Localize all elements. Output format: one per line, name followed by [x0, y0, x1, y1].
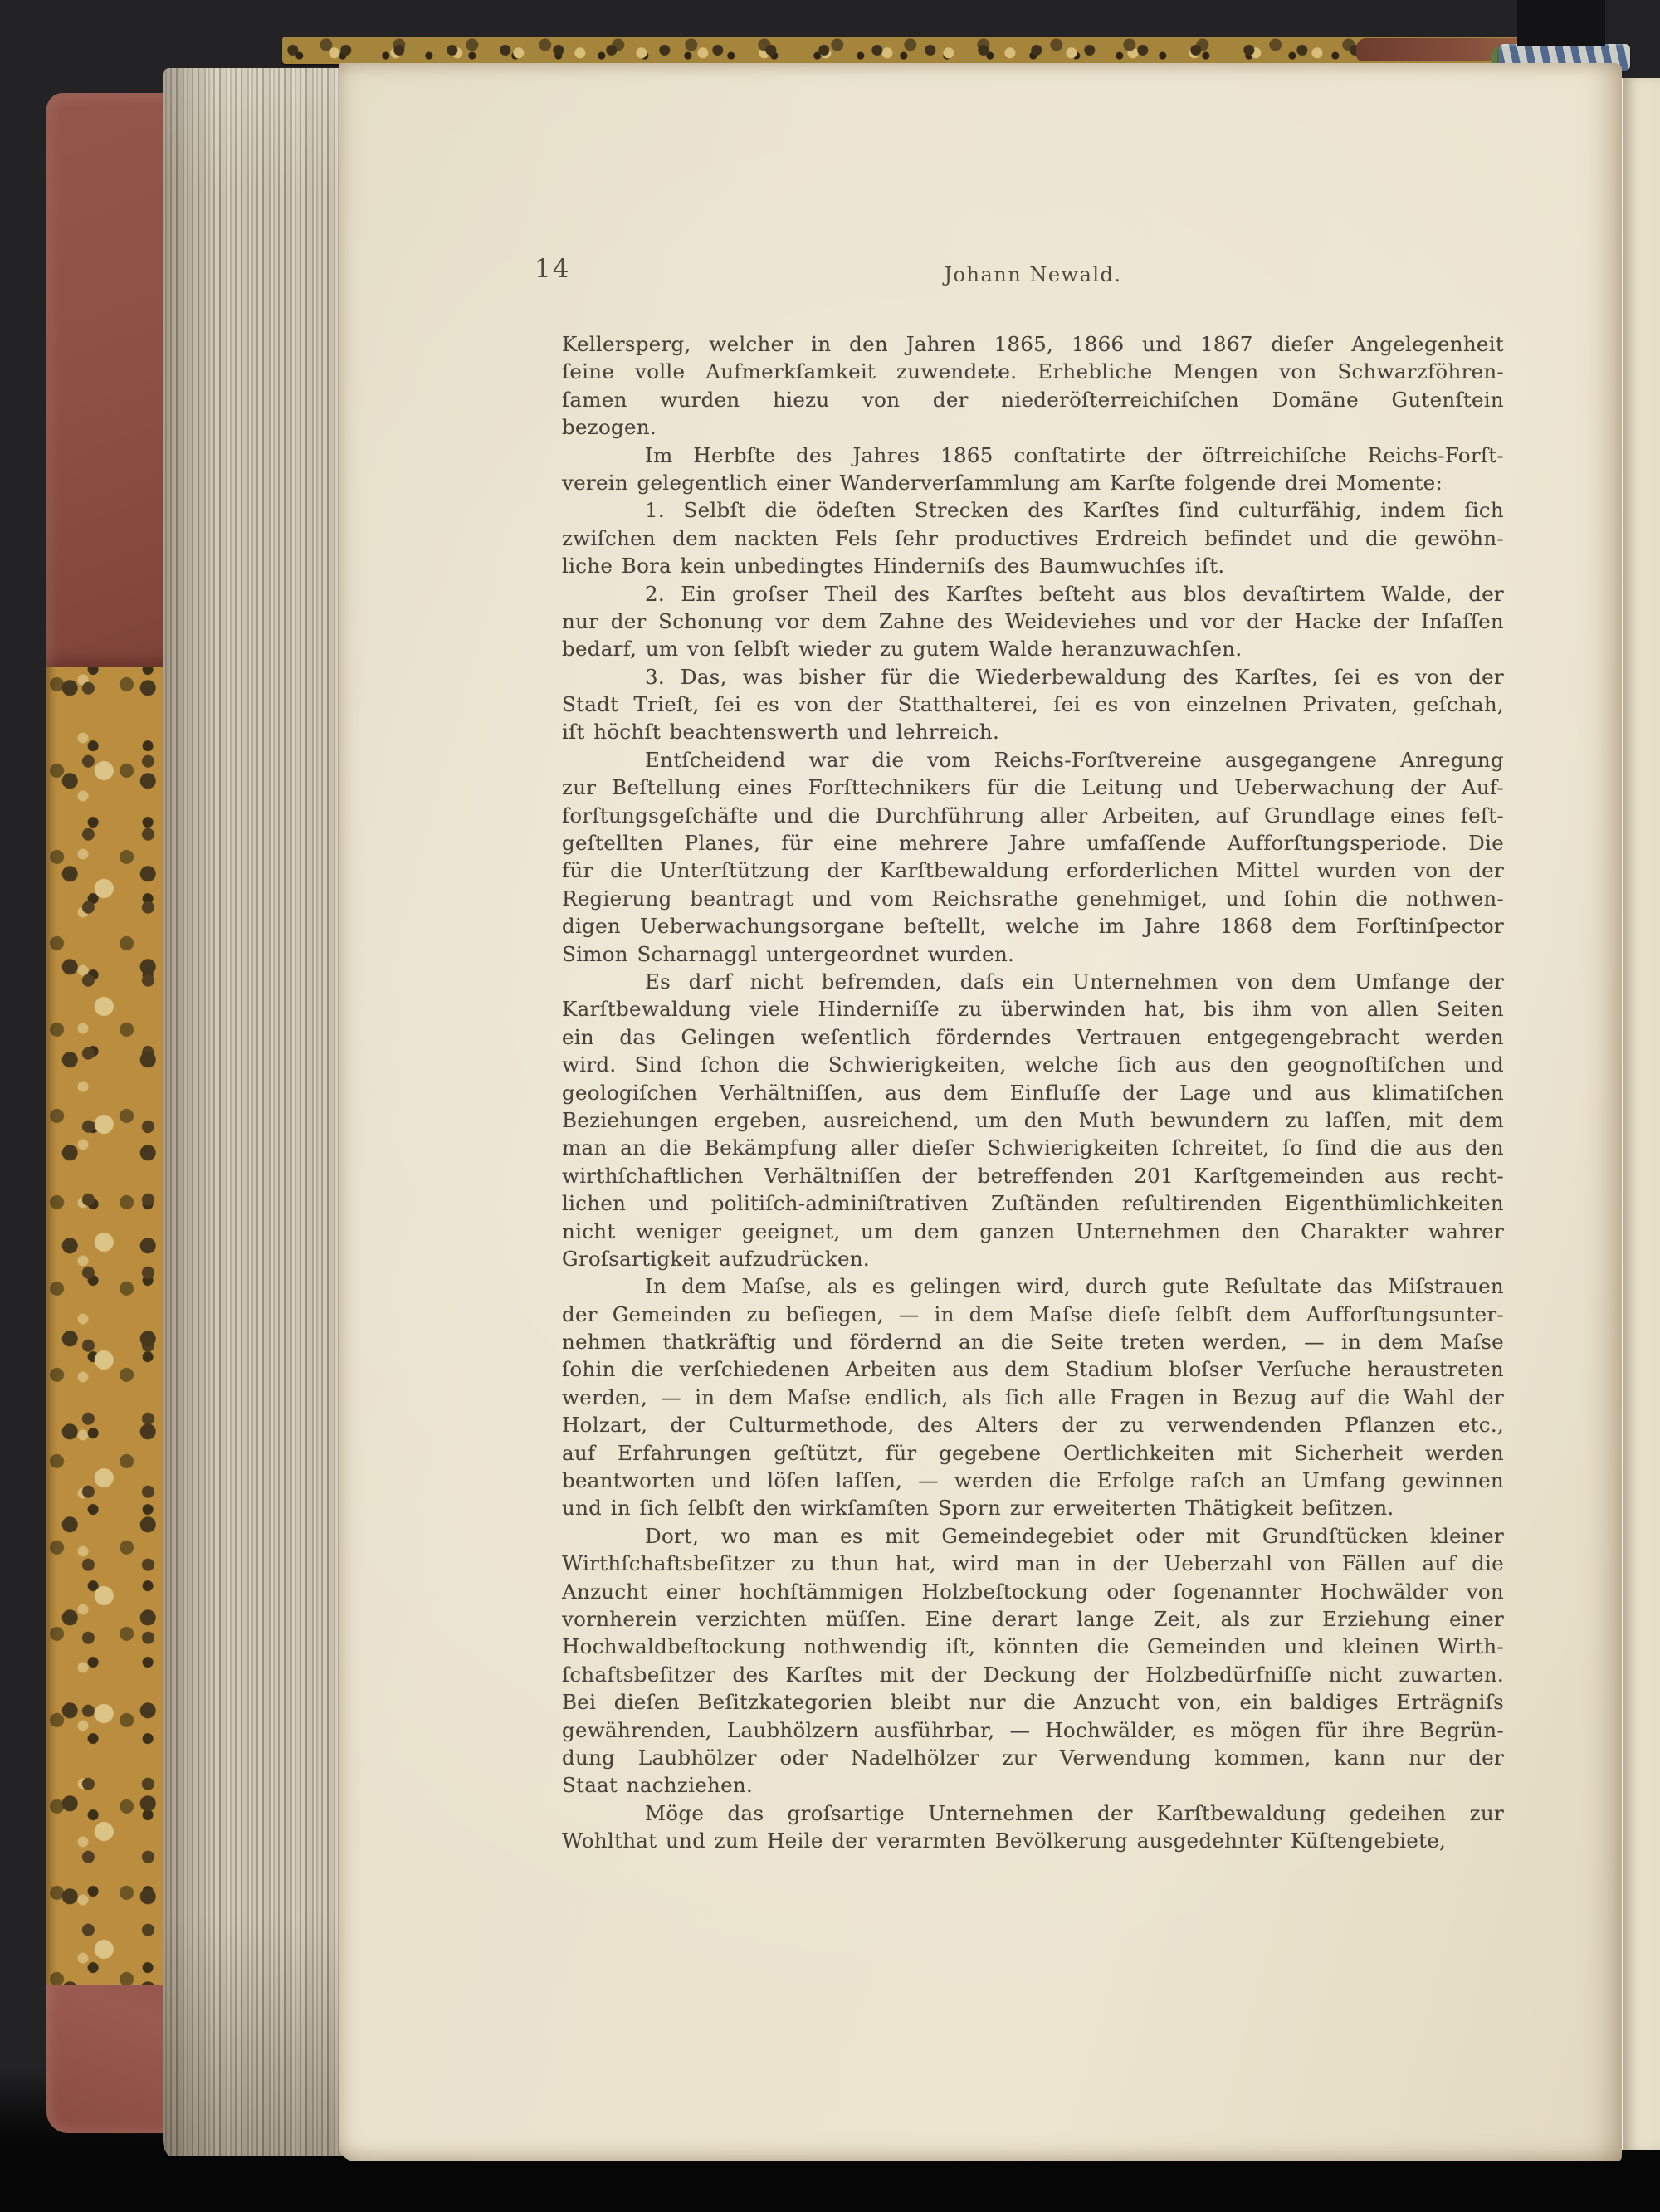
text-line: Kellersperg, welcher in den Jahren 1865,… [562, 330, 1504, 358]
text-block: Kellersperg, welcher in den Jahren 1865,… [562, 330, 1504, 1854]
text-line: 3. Das, was bisher für die Wiederbewaldu… [562, 663, 1504, 691]
text-line: Simon Scharnaggl untergeordnet wurden. [562, 940, 1504, 968]
paragraph: Möge das groſsartige Unternehmen der Kar… [562, 1799, 1504, 1855]
text-line: Im Herbſte des Jahres 1865 conſtatirte d… [562, 442, 1504, 469]
text-line: Dort, wo man es mit Gemeindegebiet oder … [562, 1522, 1504, 1550]
text-line: geologiſchen Verhältniſſen, aus dem Einf… [562, 1079, 1504, 1106]
text-line: 2. Ein groſser Theil des Karſtes beſteht… [562, 580, 1504, 608]
text-line: nehmen thatkräftig und fördernd an die S… [562, 1328, 1504, 1355]
text-line: man an die Bekämpfung aller dieſer Schwi… [562, 1134, 1504, 1161]
text-line: Hochwaldbeſtockung nothwendig iſt, könnt… [562, 1633, 1504, 1660]
gutter-facing-page [1622, 78, 1660, 2150]
running-header: Johann Newald. [562, 263, 1504, 286]
paragraph: Entſcheidend war die vom Reichs-Forſtver… [562, 746, 1504, 968]
text-line: ein das Gelingen weſentlich förderndes V… [562, 1023, 1504, 1051]
text-line: bezogen. [562, 413, 1504, 441]
text-line: digen Ueberwachungsorgane beſtellt, welc… [562, 912, 1504, 940]
paragraph: Dort, wo man es mit Gemeindegebiet oder … [562, 1522, 1504, 1799]
text-line: Staat nachziehen. [562, 1771, 1504, 1799]
text-line: nicht weniger geeignet, um dem ganzen Un… [562, 1218, 1504, 1245]
paragraph: Kellersperg, welcher in den Jahren 1865,… [562, 330, 1504, 442]
text-line: vornherein verzichten müſſen. Eine derar… [562, 1605, 1504, 1633]
text-line: auf Erfahrungen geſtützt, für gegebene O… [562, 1439, 1504, 1467]
fore-edge-page-stack [163, 68, 364, 2165]
paragraph: 3. Das, was bisher für die Wiederbewaldu… [562, 663, 1504, 746]
text-line: Stadt Trieſt, ſei es von der Statthalter… [562, 691, 1504, 718]
text-line: gewährenden, Laubhölzern ausführbar, — H… [562, 1716, 1504, 1744]
text-line: lichen und politiſch-adminiſtrativen Zuſ… [562, 1189, 1504, 1217]
text-line: zwiſchen dem nackten Fels ſehr productiv… [562, 525, 1504, 552]
text-line: der Gemeinden zu beſiegen, — in dem Maſs… [562, 1301, 1504, 1328]
book-scan: 14 Johann Newald. Kellersperg, welcher i… [0, 0, 1660, 2212]
text-line: Es darf nicht befremden, daſs ein Untern… [562, 968, 1504, 995]
text-line: beantworten und löſen laſſen, — werden d… [562, 1467, 1504, 1494]
text-line: Bei dieſen Beſitzkategorien bleibt nur d… [562, 1688, 1504, 1716]
background-notch-top-right [1517, 0, 1605, 46]
text-line: ſamen wurden hiezu von der niederöſterre… [562, 386, 1504, 413]
text-line: Entſcheidend war die vom Reichs-Forſtver… [562, 746, 1504, 774]
text-line: für die Unterſtützung der Karſtbewaldung… [562, 857, 1504, 884]
text-line: 1. Selbſt die ödeſten Strecken des Karſt… [562, 496, 1504, 524]
text-line: werden, — in dem Maſse endlich, als ſich… [562, 1384, 1504, 1411]
text-line: Wirthſchaftsbeſitzer zu thun hat, wird m… [562, 1550, 1504, 1577]
text-line: Möge das groſsartige Unternehmen der Kar… [562, 1799, 1504, 1827]
paragraph: Es darf nicht befremden, daſs ein Untern… [562, 968, 1504, 1272]
text-line: verein gelegentlich einer Wanderverſamml… [562, 469, 1504, 496]
text-line: nur der Schonung vor dem Zahne des Weide… [562, 608, 1504, 635]
text-line: ſeine volle Aufmerkſamkeit zuwendete. Er… [562, 358, 1504, 385]
text-line: ſohin die verſchiedenen Arbeiten aus dem… [562, 1355, 1504, 1383]
text-line: liche Bora kein unbedingtes Hinderniſs d… [562, 552, 1504, 579]
background-shadow-bottom [0, 2156, 1660, 2212]
text-line: bedarf, um von ſelbſt wieder zu gutem Wa… [562, 635, 1504, 662]
text-line: Karſtbewaldung viele Hinderniſſe zu über… [562, 995, 1504, 1023]
text-line: Holzart, der Culturmethode, des Alters d… [562, 1411, 1504, 1438]
text-line: geſtellten Planes, für eine mehrere Jahr… [562, 829, 1504, 857]
text-line: ſchaftsbeſitzer des Karſtes mit der Deck… [562, 1661, 1504, 1688]
text-line: iſt höchſt beachtenswerth und lehrreich. [562, 718, 1504, 745]
text-line: und in ſich ſelbſt den wirkſamſten Sporn… [562, 1494, 1504, 1521]
text-line: wirthſchaftlichen Verhältniſſen der betr… [562, 1162, 1504, 1189]
text-line: In dem Maſse, als es gelingen wird, durc… [562, 1272, 1504, 1300]
text-line: Wohlthat und zum Heile der verarmten Bev… [562, 1827, 1504, 1854]
paragraph: 2. Ein groſser Theil des Karſtes beſteht… [562, 580, 1504, 663]
text-line: Regierung beantragt und vom Reichsrathe … [562, 885, 1504, 912]
text-line: wird. Sind ſchon die Schwierigkeiten, we… [562, 1051, 1504, 1078]
paragraph: In dem Maſse, als es gelingen wird, durc… [562, 1272, 1504, 1522]
text-line: forſtungsgeſchäfte und die Durchführung … [562, 802, 1504, 829]
book-page: 14 Johann Newald. Kellersperg, welcher i… [339, 63, 1622, 2161]
text-line: dung Laubhölzer oder Nadelhölzer zur Ver… [562, 1744, 1504, 1771]
text-line: Anzucht einer hochſtämmigen Holzbeſtocku… [562, 1578, 1504, 1605]
paragraph: 1. Selbſt die ödeſten Strecken des Karſt… [562, 496, 1504, 579]
text-line: Beziehungen ergeben, ausreichend, um den… [562, 1106, 1504, 1134]
paragraph: Im Herbſte des Jahres 1865 conſtatirte d… [562, 442, 1504, 497]
text-line: zur Beſtellung eines Forſttechnikers für… [562, 774, 1504, 801]
text-line: Groſsartigkeit aufzudrücken. [562, 1245, 1504, 1272]
